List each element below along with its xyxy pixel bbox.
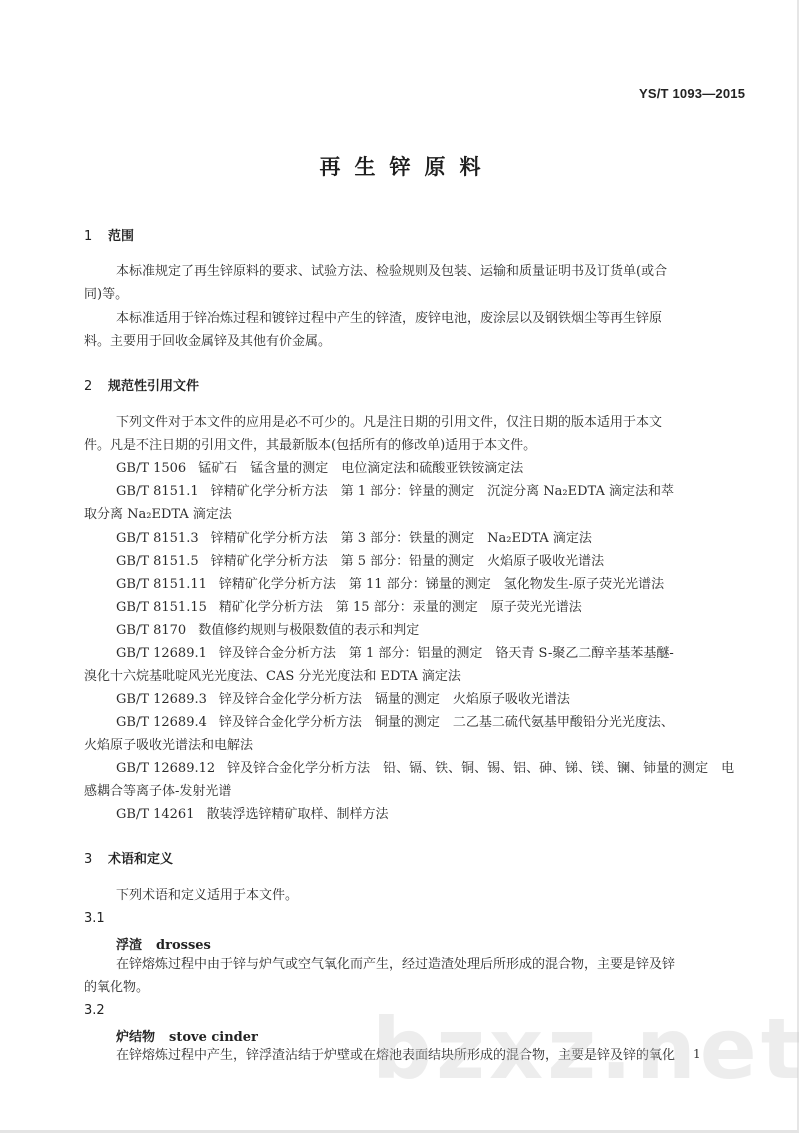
section-1-heading: 1范围 [84, 225, 134, 244]
reference-title: 数值修约规则与极限数值的表示和判定 [198, 623, 419, 638]
reference-code: GB/T 12689.1 [116, 644, 207, 664]
term-heading: 浮渣drosses [116, 934, 211, 953]
section-title: 规范性引用文件 [108, 379, 199, 394]
section-number: 2 [84, 379, 108, 394]
reference-item: GB/T 8151.1锌精矿化学分析方法 第 1 部分：锌量的测定 沉淀分离 N… [116, 482, 756, 502]
reference-title: 锰矿石 锰含量的测定 电位滴定法和硫酸亚铁铵滴定法 [198, 461, 523, 476]
term-definition-line: 的氧化物。 [84, 978, 724, 998]
term-number: 3.1 [84, 911, 105, 926]
reference-item: GB/T 8170数值修约规则与极限数值的表示和判定 [116, 621, 756, 641]
reference-continuation: 溴化十六烷基吡啶风光光度法、CAS 分光光度法和 EDTA 滴定法 [84, 667, 724, 687]
reference-item: GB/T 8151.5锌精矿化学分析方法 第 5 部分：铅量的测定 火焰原子吸收… [116, 552, 756, 572]
reference-item: GB/T 8151.15精矿化学分析方法 第 15 部分：汞量的测定 原子荧光光… [116, 598, 756, 618]
reference-code: GB/T 12689.4 [116, 713, 207, 733]
page-number: 1 [693, 1047, 701, 1061]
reference-title: 锌精矿化学分析方法 第 11 部分：锑量的测定 氢化物发生-原子荧光光谱法 [219, 577, 664, 592]
reference-title: 精矿化学分析方法 第 15 部分：汞量的测定 原子荧光光谱法 [219, 600, 582, 615]
reference-title: 锌及锌合金化学分析方法 铅、镉、铁、铜、锡、铝、砷、锑、镁、镧、铈量的测定 电 [227, 761, 734, 776]
reference-title: 锌精矿化学分析方法 第 3 部分：铁量的测定 Na₂EDTA 滴定法 [211, 531, 592, 546]
reference-code: GB/T 8170 [116, 621, 186, 641]
reference-item: GB/T 1506锰矿石 锰含量的测定 电位滴定法和硫酸亚铁铵滴定法 [116, 459, 756, 479]
term-heading: 炉结物stove cinder [116, 1026, 258, 1045]
term-number: 3.2 [84, 1003, 105, 1018]
reference-continuation: 感耦合等离子体-发射光谱 [84, 782, 724, 802]
document-title: 再生锌原料 [0, 151, 800, 181]
section-3-heading: 3术语和定义 [84, 848, 173, 867]
section-title: 术语和定义 [108, 852, 173, 867]
paragraph-line: 下列文件对于本文件的应用是必不可少的。凡是注日期的引用文件，仅注日期的版本适用于… [116, 413, 756, 433]
reference-code: GB/T 12689.3 [116, 690, 207, 710]
reference-code: GB/T 14261 [116, 805, 194, 825]
reference-title: 锌及锌合金化学分析方法 镉量的测定 火焰原子吸收光谱法 [219, 692, 570, 707]
term-en: drosses [156, 938, 211, 953]
reference-item: GB/T 12689.3锌及锌合金化学分析方法 镉量的测定 火焰原子吸收光谱法 [116, 690, 756, 710]
reference-title: 锌及锌合金化学分析方法 铜量的测定 二乙基二硫代氨基甲酸铅分光光度法、 [219, 715, 674, 730]
reference-code: GB/T 8151.11 [116, 575, 207, 595]
reference-item: GB/T 12689.1锌及锌合金分析方法 第 1 部分：铝量的测定 铬天青 S… [116, 644, 756, 664]
paragraph-line: 下列术语和定义适用于本文件。 [116, 886, 756, 906]
paragraph-line: 件。凡是不注日期的引用文件，其最新版本(包括所有的修改单)适用于本文件。 [84, 436, 724, 456]
reference-title: 散装浮选锌精矿取样、制样方法 [206, 807, 388, 822]
reference-item: GB/T 12689.4锌及锌合金化学分析方法 铜量的测定 二乙基二硫代氨基甲酸… [116, 713, 756, 733]
document-page: YS/T 1093—2015 再生锌原料 1范围 本标准规定了再生锌原料的要求、… [0, 0, 799, 1133]
section-number: 3 [84, 852, 108, 867]
reference-item: GB/T 12689.12锌及锌合金化学分析方法 铅、镉、铁、铜、锡、铝、砷、锑… [116, 759, 756, 779]
reference-item: GB/T 14261散装浮选锌精矿取样、制样方法 [116, 805, 756, 825]
section-2-heading: 2规范性引用文件 [84, 375, 199, 394]
reference-code: GB/T 12689.12 [116, 759, 215, 779]
paragraph-line: 同)等。 [84, 285, 724, 305]
reference-code: GB/T 1506 [116, 459, 186, 479]
reference-code: GB/T 8151.15 [116, 598, 207, 618]
term-zh: 浮渣 [116, 938, 142, 953]
term-zh: 炉结物 [116, 1030, 155, 1045]
term-definition-line: 在锌熔炼过程中由于锌与炉气或空气氧化而产生，经过造渣处理后所形成的混合物，主要是… [116, 955, 756, 975]
reference-title: 锌精矿化学分析方法 第 5 部分：铅量的测定 火焰原子吸收光谱法 [211, 554, 605, 569]
section-title: 范围 [108, 229, 134, 244]
paragraph-line: 本标准规定了再生锌原料的要求、试验方法、检验规则及包装、运输和质量证明书及订货单… [116, 262, 756, 282]
section-number: 1 [84, 229, 108, 244]
paragraph-line: 本标准适用于锌冶炼过程和镀锌过程中产生的锌渣，废锌电池，废涂层以及钢铁烟尘等再生… [116, 309, 756, 329]
reference-code: GB/T 8151.1 [116, 482, 199, 502]
reference-title: 锌及锌合金分析方法 第 1 部分：铝量的测定 铬天青 S-聚乙二醇辛基苯基醚- [219, 646, 674, 661]
reference-continuation: 火焰原子吸收光谱法和电解法 [84, 736, 724, 756]
reference-title: 锌精矿化学分析方法 第 1 部分：锌量的测定 沉淀分离 Na₂EDTA 滴定法和… [211, 484, 674, 499]
reference-continuation: 取分离 Na₂EDTA 滴定法 [84, 505, 724, 525]
paragraph-line: 料。主要用于回收金属锌及其他有价金属。 [84, 332, 724, 352]
reference-item: GB/T 8151.3锌精矿化学分析方法 第 3 部分：铁量的测定 Na₂EDT… [116, 529, 756, 549]
reference-code: GB/T 8151.5 [116, 552, 199, 572]
reference-item: GB/T 8151.11锌精矿化学分析方法 第 11 部分：锑量的测定 氢化物发… [116, 575, 756, 595]
term-definition-line: 在锌熔炼过程中产生，锌浮渣沾结于炉壁或在熔池表面结块所形成的混合物，主要是锌及锌… [116, 1046, 756, 1066]
standard-code: YS/T 1093—2015 [639, 86, 745, 101]
reference-code: GB/T 8151.3 [116, 529, 199, 549]
term-en: stove cinder [169, 1030, 258, 1045]
